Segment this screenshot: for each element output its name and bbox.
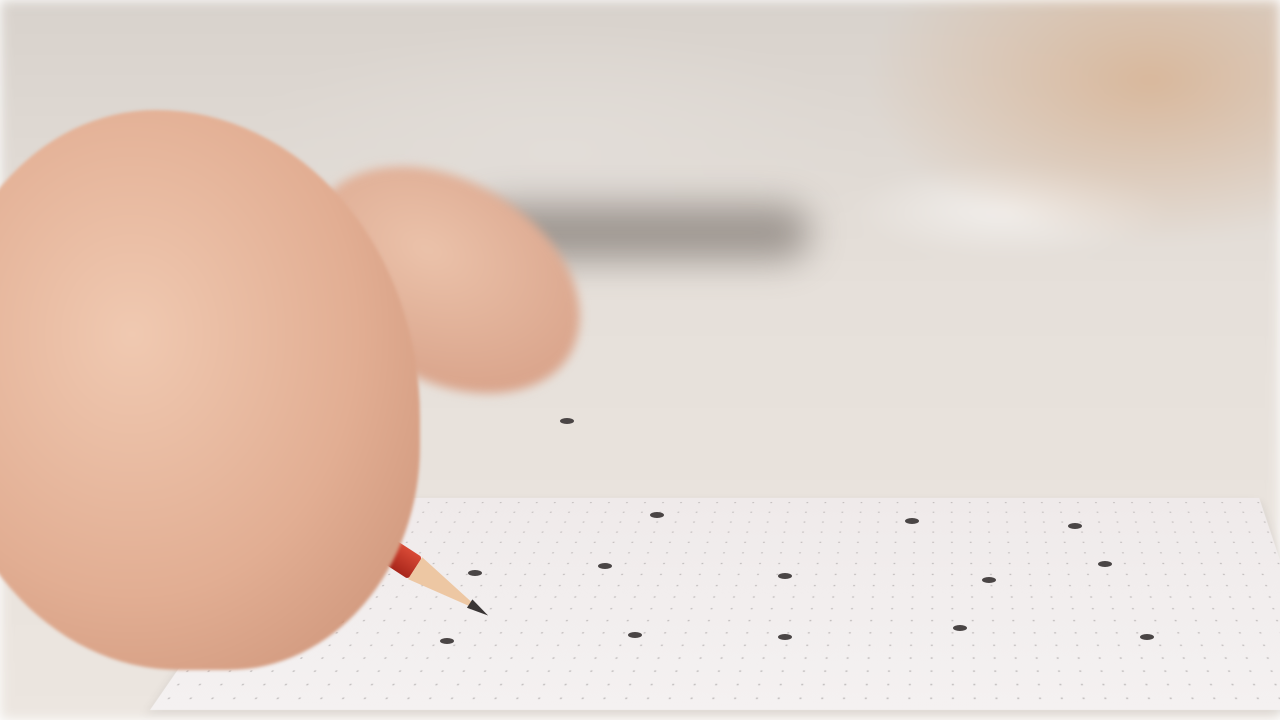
photo-scene	[0, 0, 1280, 720]
filled-bubble	[1068, 523, 1082, 529]
filled-bubble	[598, 563, 612, 569]
filled-bubble	[560, 418, 574, 424]
filled-bubble	[468, 570, 482, 576]
filled-bubble	[778, 634, 792, 640]
filled-bubble	[905, 518, 919, 524]
filled-bubble	[1140, 634, 1154, 640]
filled-bubble	[778, 573, 792, 579]
filled-bubble	[440, 638, 454, 644]
filled-bubble	[953, 625, 967, 631]
filled-bubble	[982, 577, 996, 583]
filled-bubble	[650, 512, 664, 518]
filled-bubble	[628, 632, 642, 638]
filled-bubble	[1098, 561, 1112, 567]
